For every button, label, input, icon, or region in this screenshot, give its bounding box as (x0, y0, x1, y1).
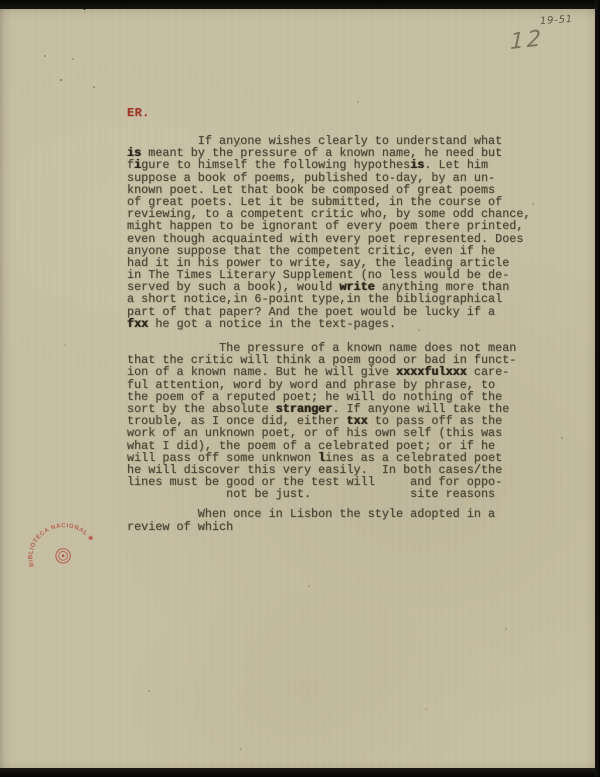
pencil-catalog-code: 19-51 (540, 14, 574, 27)
scanned-typescript-page: { "colors": { "paper": "#c7bfa3", "scan_… (0, 0, 600, 777)
scan-edge-bottom (0, 768, 600, 777)
typed-heading: ER. (127, 106, 150, 120)
typescript-line: not be just. site reasons (127, 488, 531, 500)
scan-edge-top (0, 0, 600, 9)
typescript-line: review of which (127, 521, 531, 533)
typescript-body: If anyone wishes clearly to understand w… (127, 135, 531, 533)
typescript-paragraph: If anyone wishes clearly to understand w… (127, 135, 531, 330)
pencil-page-number: 12 (510, 26, 544, 55)
typescript-paragraph: The pressure of a known name does not me… (127, 342, 531, 500)
scan-edge-right (595, 0, 600, 777)
overstrike-text: fxx (127, 317, 148, 331)
typescript-paragraph: When once in Lisbon the style adopted in… (127, 508, 531, 532)
typescript-line: fxx he got a notice in the text-pages. (127, 318, 531, 330)
